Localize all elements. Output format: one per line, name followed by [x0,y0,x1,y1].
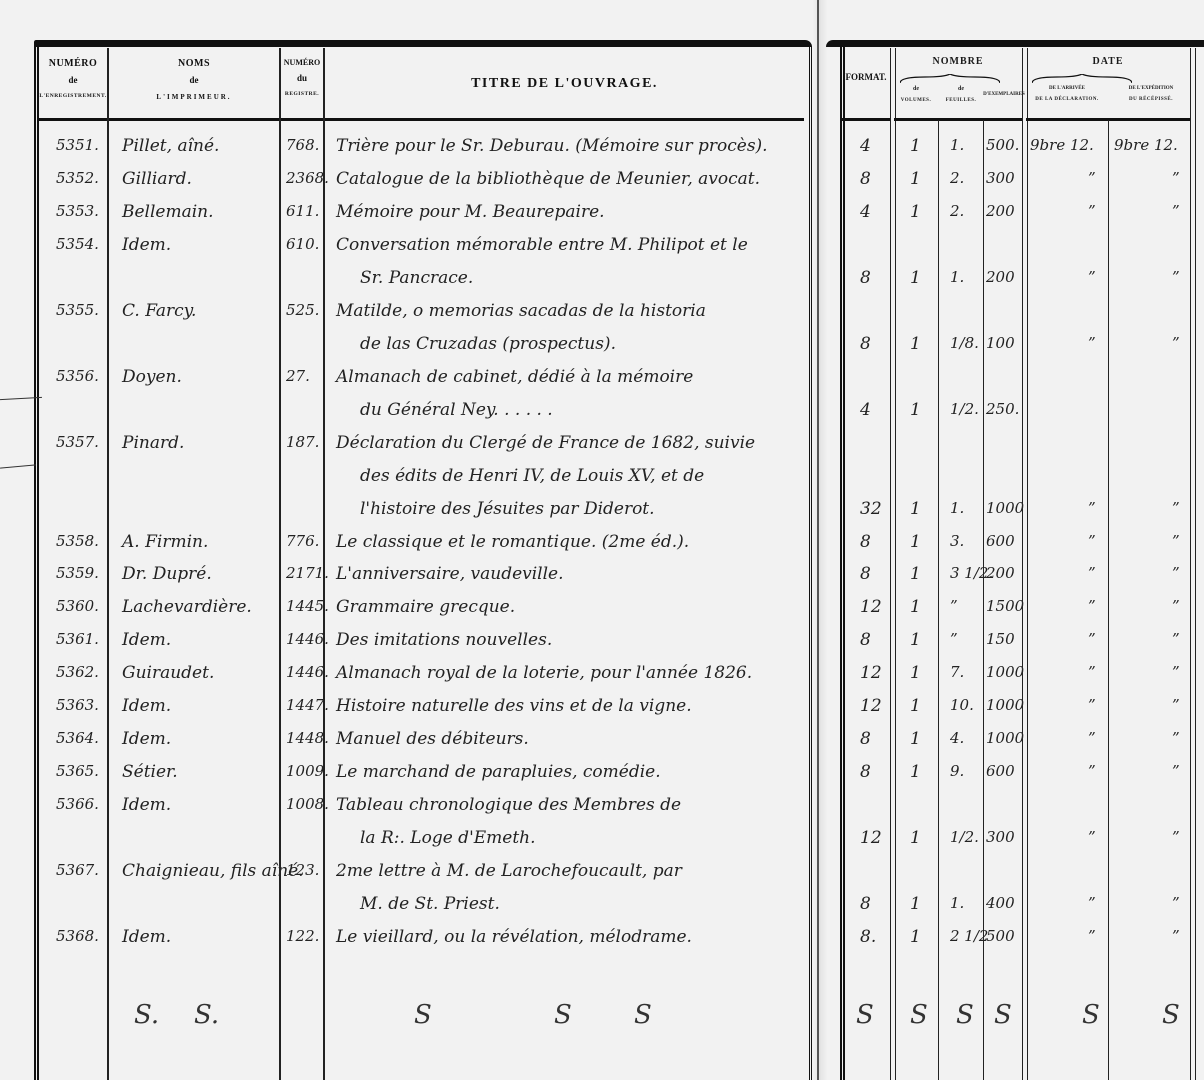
printer-name: Dr. Dupré. [122,564,212,584]
closing-mark: S [910,1000,928,1030]
closing-mark: S [554,1000,572,1030]
entry-number: 5364. [56,729,99,747]
volumes-value: 1 [910,762,921,782]
work-title-line: des édits de Henri IV, de Louis XV, et d… [360,466,704,486]
entry-number: 5367. [56,861,99,879]
header-numero-registre: NUMÉRO du REGISTRE. [281,48,323,121]
registry-number: 1009. [286,762,329,780]
volumes-value: 1 [910,169,921,189]
copies-value: 1000 [986,499,1024,517]
printer-name: Idem. [122,630,171,650]
format-value: 8 [860,762,871,782]
entry-number: 5351. [56,136,99,154]
entry-number: 5359. [56,564,99,582]
format-value: 8 [860,532,871,552]
arrival-date: ” [1088,663,1096,681]
sheets-value: 2 1/2 [950,927,988,945]
header-line: L'IMPRIMEUR. [109,93,279,101]
arrival-date: ” [1088,202,1096,220]
format-value: 12 [860,663,882,683]
work-title-line: M. de St. Priest. [360,894,500,914]
book-gutter [817,0,819,1080]
receipt-date: ” [1172,202,1180,220]
sheets-value: 1/2. [950,400,979,418]
format-value: 8 [860,630,871,650]
arrival-date: ” [1088,597,1096,615]
header-line: de [894,86,938,92]
volumes-value: 1 [910,927,921,947]
work-title-line: Tableau chronologique des Membres de [336,795,681,815]
header-line: de [109,75,279,85]
work-title-line: Manuel des débiteurs. [336,729,529,749]
sheets-value: 9. [950,762,964,780]
header-volumes: de VOLUMES. [894,86,938,103]
volumes-value: 1 [910,564,921,584]
copies-value: 200 [986,202,1015,220]
printer-name: Doyen. [122,367,182,387]
header-exemplaires: D'EXEMPLAIRES [983,92,1025,97]
left-page: NUMÉRO de L'ENREGISTREMENT. NOMS de L'IM… [34,40,812,1080]
header-arrivee: DE L'ARRIVÉE DE LA DÉCLARATION. [1026,86,1108,102]
header-expedition: DE L'EXPÉDITION DU RÉCÉPISSÉ. [1110,86,1192,102]
sheets-value: ” [950,597,958,615]
header-format: FORMAT. [842,48,890,121]
entry-number: 5366. [56,795,99,813]
volumes-value: 1 [910,663,921,683]
entry-number: 5357. [56,433,99,451]
header-titre: TITRE DE L'OUVRAGE. [325,48,804,121]
copies-value: 300 [986,169,1015,187]
volumes-value: 1 [910,597,921,617]
printer-name: Pillet, aîné. [122,136,219,156]
receipt-date: ” [1172,663,1180,681]
closing-mark: S [856,1000,874,1030]
sheets-value: 4. [950,729,964,747]
receipt-date: ” [1172,334,1180,352]
header-line: DE L'EXPÉDITION [1110,86,1192,91]
registry-number: 525. [286,301,319,319]
closing-mark: S. [134,1000,159,1030]
format-value: 8 [860,334,871,354]
volumes-value: 1 [910,894,921,914]
receipt-date: ” [1172,762,1180,780]
copies-value: 100 [986,334,1015,352]
work-title-line: Le vieillard, ou la révélation, mélodram… [336,927,692,947]
printer-name: Sétier. [122,762,178,782]
receipt-date: ” [1172,532,1180,550]
work-title-line: Conversation mémorable entre M. Philipot… [336,235,748,255]
column-divider [279,48,281,1080]
volumes-value: 1 [910,729,921,749]
volumes-value: 1 [910,136,921,156]
header-numero-enregistrement: NUMÉRO de L'ENREGISTREMENT. [39,48,107,121]
sheets-value: 1. [950,499,964,517]
work-title-line: Le marchand de parapluies, comédie. [336,762,661,782]
printer-name: A. Firmin. [122,532,208,552]
entry-number: 5361. [56,630,99,648]
header-line: L'ENREGISTREMENT. [39,93,107,99]
entry-number: 5363. [56,696,99,714]
brace-icon [900,74,1000,84]
sheets-value: 1. [950,136,964,154]
copies-value: 500. [986,136,1019,154]
closing-mark: S. [194,1000,219,1030]
printer-name: Pinard. [122,433,184,453]
work-title-line: Matilde, o memorias sacadas de la histor… [336,301,706,321]
column-divider [1022,48,1028,1080]
header-line: du [281,73,323,83]
arrival-date: ” [1088,762,1096,780]
format-value: 12 [860,597,882,617]
header-line: FEUILLES. [939,98,983,103]
format-value: 12 [860,828,882,848]
header-group-title: NOMBRE [894,56,1022,67]
sheets-value: 2. [950,202,964,220]
format-value: 8. [860,927,876,947]
arrival-date: ” [1088,828,1096,846]
printer-name: Idem. [122,696,171,716]
format-value: 4 [860,136,871,156]
closing-mark: S [956,1000,974,1030]
registry-number: 122. [286,927,319,945]
registry-number: 1448. [286,729,329,747]
header-line: VOLUMES. [894,98,938,103]
printer-name: Bellemain. [122,202,214,222]
volumes-value: 1 [910,334,921,354]
registry-number: 1446. [286,663,329,681]
header-line: de [939,86,983,92]
sheets-value: 10. [950,696,974,714]
volumes-value: 1 [910,532,921,552]
registry-number: 611. [286,202,319,220]
registry-number: 1008. [286,795,329,813]
copies-value: 200 [986,564,1015,582]
receipt-date: ” [1172,828,1180,846]
header-line: DE L'ARRIVÉE [1026,86,1108,91]
closing-mark: S [634,1000,652,1030]
sheets-value: 3. [950,532,964,550]
registry-number: 1445. [286,597,329,615]
receipt-date: ” [1172,729,1180,747]
printer-name: Lachevardière. [122,597,252,617]
arrival-date: ” [1088,564,1096,582]
closing-mark: S [994,1000,1012,1030]
format-value: 32 [860,499,882,519]
printer-name: Idem. [122,729,171,749]
entry-number: 5358. [56,532,99,550]
copies-value: 1000 [986,663,1024,681]
header-line: NOMS [109,58,279,69]
work-title-line: Déclaration du Clergé de France de 1682,… [336,433,755,453]
registry-number: 27. [286,367,310,385]
registry-number: 187. [286,433,319,451]
sheets-value: 1/2. [950,828,979,846]
copies-value: 300 [986,828,1015,846]
registry-number: 768. [286,136,319,154]
registry-number: 2171. [286,564,329,582]
arrival-date: 9bre 12. [1030,136,1094,154]
receipt-date: ” [1172,927,1180,945]
format-value: 8 [860,894,871,914]
header-line: NUMÉRO [39,58,107,69]
work-title-line: Histoire naturelle des vins et de la vig… [336,696,692,716]
header-group-title: DATE [1026,56,1190,67]
entry-number: 5360. [56,597,99,615]
work-title-line: du Général Ney. . . . . . [360,400,553,420]
format-value: 4 [860,400,871,420]
receipt-date: ” [1172,564,1180,582]
header-line: D'EXEMPLAIRES [983,92,1025,97]
header-line: FORMAT. [842,72,890,82]
header-feuilles: de FEUILLES. [939,86,983,103]
format-value: 8 [860,729,871,749]
receipt-date: ” [1172,268,1180,286]
work-title-line: l'histoire des Jésuites par Diderot. [360,499,655,519]
header-line: NUMÉRO [281,58,323,67]
work-title-line: 2me lettre à M. de Larochefoucault, par [336,861,682,881]
copies-value: 1000 [986,729,1024,747]
header-date: DATE DE L'ARRIVÉE DE LA DÉCLARATION. DE … [1026,48,1190,121]
receipt-date: ” [1172,696,1180,714]
column-divider [1108,120,1109,1080]
arrival-date: ” [1088,334,1096,352]
printer-name: Guiraudet. [122,663,214,683]
copies-value: 250. [986,400,1019,418]
work-title-line: Mémoire pour M. Beaurepaire. [336,202,605,222]
registry-number: 2368. [286,169,329,187]
copies-value: 1500 [986,597,1024,615]
work-title-line: Almanach royal de la loterie, pour l'ann… [336,663,752,683]
header-line: de [39,75,107,85]
registry-number: 776. [286,532,319,550]
printer-name: Idem. [122,927,171,947]
registry-number: 123. [286,861,319,879]
arrival-date: ” [1088,532,1096,550]
arrival-date: ” [1088,169,1096,187]
closing-mark: S [1082,1000,1100,1030]
column-divider [1190,48,1196,1080]
format-value: 8 [860,268,871,288]
volumes-value: 1 [910,696,921,716]
work-title-line: L'anniversaire, vaudeville. [336,564,564,584]
entry-number: 5355. [56,301,99,319]
copies-value: 600 [986,532,1015,550]
entry-number: 5365. [56,762,99,780]
work-title-line: Trière pour le Sr. Deburau. (Mémoire sur… [336,136,768,156]
registry-number: 1447. [286,696,329,714]
printer-name: Gilliard. [122,169,192,189]
printer-name: Idem. [122,235,171,255]
registry-number: 1446. [286,630,329,648]
sheets-value: ” [950,630,958,648]
margin-pen-stroke [0,464,36,468]
volumes-value: 1 [910,828,921,848]
entry-number: 5353. [56,202,99,220]
volumes-value: 1 [910,202,921,222]
arrival-date: ” [1088,630,1096,648]
header-noms-imprimeur: NOMS de L'IMPRIMEUR. [109,48,279,121]
arrival-date: ” [1088,927,1096,945]
copies-value: 150 [986,630,1015,648]
sheets-value: 2. [950,169,964,187]
copies-value: 600 [986,762,1015,780]
arrival-date: ” [1088,696,1096,714]
printer-name: Idem. [122,795,171,815]
format-value: 4 [860,202,871,222]
format-value: 8 [860,169,871,189]
header-line: TITRE DE L'OUVRAGE. [325,76,804,92]
right-page: FORMAT. NOMBRE de VOLUMES. de FEUILLES. … [826,40,1204,1080]
arrival-date: ” [1088,499,1096,517]
copies-value: 400 [986,894,1015,912]
receipt-date: ” [1172,630,1180,648]
brace-icon [1032,74,1132,84]
entry-number: 5362. [56,663,99,681]
sheets-value: 1. [950,268,964,286]
work-title-line: Catalogue de la bibliothèque de Meunier,… [336,169,760,189]
column-divider [938,120,939,1080]
header-line: DE LA DÉCLARATION. [1026,97,1108,102]
copies-value: 1000 [986,696,1024,714]
work-title-line: Sr. Pancrace. [360,268,473,288]
closing-mark: S [1162,1000,1180,1030]
arrival-date: ” [1088,729,1096,747]
receipt-date: ” [1172,169,1180,187]
header-nombre: NOMBRE de VOLUMES. de FEUILLES. D'EXEMPL… [894,48,1022,121]
volumes-value: 1 [910,499,921,519]
printer-name: C. Farcy. [122,301,196,321]
receipt-date: ” [1172,499,1180,517]
volumes-value: 1 [910,630,921,650]
arrival-date: ” [1088,268,1096,286]
format-value: 12 [860,696,882,716]
entry-number: 5352. [56,169,99,187]
printer-name: Chaignieau, fils aîné. [122,861,304,881]
work-title-line: de las Cruzadas (prospectus). [360,334,616,354]
header-line: REGISTRE. [281,91,323,97]
copies-value: 500 [986,927,1015,945]
sheets-value: 1/8. [950,334,979,352]
arrival-date: ” [1088,894,1096,912]
work-title-line: Grammaire grecque. [336,597,515,617]
volumes-value: 1 [910,268,921,288]
work-title-line: la R:. Loge d'Emeth. [360,828,536,848]
column-divider [890,48,896,1080]
header-line: DU RÉCÉPISSÉ. [1110,97,1192,102]
work-title-line: Des imitations nouvelles. [336,630,552,650]
registry-number: 610. [286,235,319,253]
entry-number: 5356. [56,367,99,385]
column-divider [107,48,109,1080]
receipt-date: ” [1172,894,1180,912]
entry-number: 5368. [56,927,99,945]
format-value: 8 [860,564,871,584]
sheets-value: 1. [950,894,964,912]
receipt-date: ” [1172,597,1180,615]
volumes-value: 1 [910,400,921,420]
receipt-date: 9bre 12. [1114,136,1178,154]
closing-mark: S [414,1000,432,1030]
sheets-value: 7. [950,663,964,681]
copies-value: 200 [986,268,1015,286]
work-title-line: Almanach de cabinet, dédié à la mémoire [336,367,693,387]
work-title-line: Le classique et le romantique. (2me éd.)… [336,532,689,552]
entry-number: 5354. [56,235,99,253]
